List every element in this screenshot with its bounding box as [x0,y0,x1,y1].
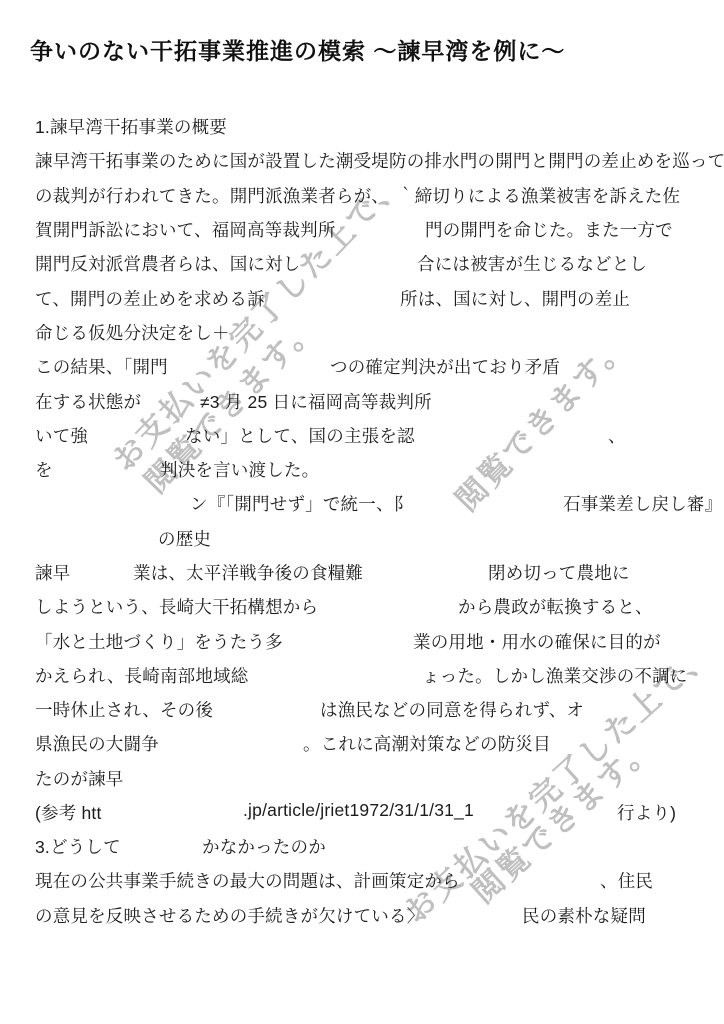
text-segment: 合には被害が生じるなどとし [417,251,647,276]
text-segment: 諫早湾干拓事業のために国が設置した潮受堤防の排水門の開門と開門の差止めを巡って [35,148,724,173]
text-segment: (参考 htt [35,800,102,825]
watermark-text: 閲覧できます。 [443,321,637,519]
text-segment: 。これに高潮対策などの防災目 [303,731,551,756]
text-segment: .jp/article/jriet1972/31/1/31_1 [243,800,474,821]
text-segment: 一時休止され、その後 [35,697,213,722]
text-segment: ｀締切りによる漁業被害を訴えた佐 [397,183,680,208]
text-segment: つの確定判決が出ており矛盾 [330,354,560,379]
text-segment: かなかったのか [202,834,326,859]
text-line: 「水と土地づくり」をうたう多業の用地・用水の確保に目的が [0,629,724,651]
text-line: たのが諫早 [0,766,724,788]
text-segment: たのが諫早 [35,766,124,791]
text-segment: 現在の公共事業手続きの最大の問題は、計画策定から [35,868,460,893]
text-segment: 民の素朴な疑問 [522,903,646,928]
text-segment: から農政が転換すると、 [458,594,653,619]
text-segment: かえられ、長崎南部地域総 [35,663,248,688]
text-segment: いて強 [35,423,88,448]
text-segment: 業の用地・用水の確保に目的が [413,629,661,654]
text-line: て、開門の差止めを求める訴所は、国に対し、開門の差止 [0,286,724,308]
text-segment: 所は、国に対し、開門の差止 [400,286,630,311]
text-segment: 「水と土地づくり」をうたう多 [35,629,283,654]
text-segment: 賀開門訴訟において、福岡高等裁判所 [35,217,336,242]
text-segment: 閉め切って農地に [488,560,630,585]
text-segment: 判決を言い渡した。 [160,457,319,482]
text-segment: 業は、太平洋戦争後の食糧難 [133,560,363,585]
text-line: 現在の公共事業手続きの最大の問題は、計画策定から、住民 [0,868,724,890]
text-segment: ょった。しかし漁業交渉の不調に [422,663,688,688]
text-segment: 門の開門を命じた。また一方で [425,217,673,242]
text-line: を判決を言い渡した。 [0,457,724,479]
text-line: しようという、長崎大干拓構想からから農政が転換すると、 [0,594,724,616]
text-line: 1.諫早湾干拓事業の概要 [0,114,724,136]
text-line: 開門反対派営農者らは、国に対し合には被害が生じるなどとし [0,251,724,273]
text-line: 賀開門訴訟において、福岡高等裁判所門の開門を命じた。また一方で [0,217,724,239]
text-segment: 1.諫早湾干拓事業の概要 [35,114,227,139]
text-line: 諫早業は、太平洋戦争後の食糧難閉め切って農地に [0,560,724,582]
document-page: 争いのない干拓事業推進の模索 〜諫早湾を例に〜 お支払いを完了した上で、閲覧でき… [0,0,724,1024]
text-line: 3.どうしてかなかったのか [0,834,724,856]
text-line: の裁判が行われてきた。開門派漁業者らが、｀締切りによる漁業被害を訴えた佐 [0,183,724,205]
text-segment: しようという、長崎大干拓構想から [35,594,318,619]
text-segment: を [35,457,53,482]
text-line: 一時休止され、その後は漁民などの同意を得られず、オ [0,697,724,719]
text-segment: 開門反対派営農者らは、国に対し [35,251,301,276]
text-line: 諫早湾干拓事業のために国が設置した潮受堤防の排水門の開門と開門の差止めを巡って [0,148,724,170]
text-segment: ン『「開門せず」で統一、阝 [190,491,411,516]
text-segment: て、開門の差止めを求める訴 [35,286,265,311]
text-segment: 命じる仮処分決定をし＋ [35,320,230,345]
text-segment: 県漁民の大闘争 [35,731,159,756]
text-segment: 3.どうして [35,834,121,859]
text-line: かえられ、長崎南部地域総ょった。しかし漁業交渉の不調に [0,663,724,685]
text-segment: 、住民 [600,868,653,893]
text-segment: 在する状態が [35,389,141,414]
text-segment: 石事業差し戻し審』 [563,491,722,516]
text-line: の意見を反映させるための手続きが欠けている〉民の素朴な疑問 [0,903,724,925]
text-line: 在する状態が≠3 月 25 日に福岡高等裁判所 [0,389,724,411]
text-segment: 諫早 [35,560,70,585]
text-segment: ない」として、国の主張を認 [185,423,415,448]
text-line: 県漁民の大闘争。これに高潮対策などの防災目 [0,731,724,753]
text-line: (参考 htt.jp/article/jriet1972/31/1/31_1行よ… [0,800,724,822]
text-segment: は漁民などの同意を得られず、オ [320,697,584,722]
text-segment: この結果、「開門 [35,354,168,379]
page-title: 争いのない干拓事業推進の模索 〜諫早湾を例に〜 [30,33,565,66]
text-line: この結果、「開門つの確定判決が出ており矛盾 [0,354,724,376]
text-line: の歴史 [0,526,724,548]
text-line: 命じる仮処分決定をし＋ [0,320,724,342]
text-segment: の裁判が行われてきた。開門派漁業者らが、 [35,183,389,208]
text-line: ン『「開門せず」で統一、阝石事業差し戻し審』 [0,491,724,513]
text-line: いて強ない」として、国の主張を認、 [0,423,724,445]
text-segment: の意見を反映させるための手続きが欠けている〉 [35,903,424,928]
text-segment: の歴史 [158,526,211,551]
text-segment: ≠3 月 25 日に福岡高等裁判所 [200,389,432,414]
text-segment: 、 [608,423,626,448]
text-segment: 行より) [617,800,676,825]
